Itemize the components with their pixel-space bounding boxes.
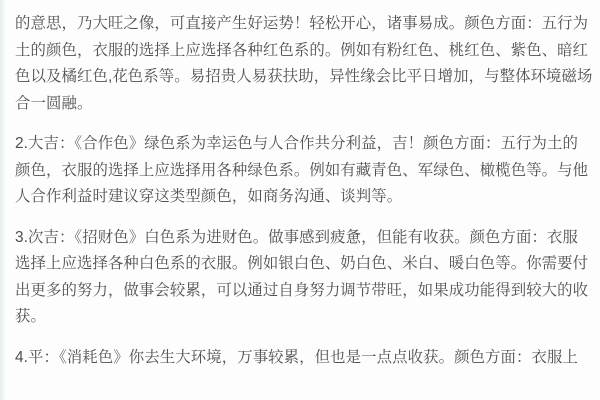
text-line: 人合作利益时建议穿这类型颜色，如商务沟通、谈判等。 [15,184,594,211]
text-line: 色以及橘红色,花色系等。易招贵人易获扶助，异性缘会比平日增加，与整体环境磁场 [15,64,594,91]
text-line: 的意思，乃大旺之像，可直接产生好运势！轻松开心，诸事易成。颜色方面：五行为 [15,11,594,38]
article-text: 的意思，乃大旺之像，可直接产生好运势！轻松开心，诸事易成。颜色方面：五行为土的颜… [15,11,594,385]
text-line: 土的颜色，衣服的选择上应选择各种红色系的。例如有粉红色、桃红色、紫色、暗红 [15,38,594,65]
article-page: 的意思，乃大旺之像，可直接产生好运势！轻松开心，诸事易成。颜色方面：五行为土的颜… [0,0,600,400]
paragraph-4-ping-consume-colors: 4.平：《消耗色》你去生大环境，万事较累，但也是一点点收获。颜色方面：衣服上 [15,345,594,372]
text-line: 出更多的努力，做事会较累，可以通过自身努力调节带旺，如果成功能得到较大的收 [15,278,594,305]
text-line: 获。 [15,304,594,331]
page-left-edge-tint [0,0,6,400]
text-line: 选择上应选择各种白色系的衣服。例如银白色、奶白色、米白、暖白色等。你需要付 [15,251,594,278]
paragraph-2-daji-green-colors: 2.大吉：《合作色》绿色系为幸运色与人合作共分利益，吉！颜色方面：五行为土的颜色… [15,131,594,211]
text-line: 3.次吉：《招财色》白色系为进财色。做事感到疲惫，但能有收获。颜色方面：衣服 [15,225,594,252]
paragraph-1-red-colors: 的意思，乃大旺之像，可直接产生好运势！轻松开心，诸事易成。颜色方面：五行为土的颜… [15,11,594,117]
text-line: 合一圆融。 [15,91,594,118]
text-line: 2.大吉：《合作色》绿色系为幸运色与人合作共分利益，吉！颜色方面：五行为土的 [15,131,594,158]
paragraph-3-ciji-white-colors: 3.次吉：《招财色》白色系为进财色。做事感到疲惫，但能有收获。颜色方面：衣服选择… [15,225,594,331]
text-line: 4.平：《消耗色》你去生大环境，万事较累，但也是一点点收获。颜色方面：衣服上 [15,345,594,372]
text-line: 颜色，衣服的选择上应选择用各种绿色系。例如有藏青色、军绿色、橄榄色等。与他 [15,158,594,185]
